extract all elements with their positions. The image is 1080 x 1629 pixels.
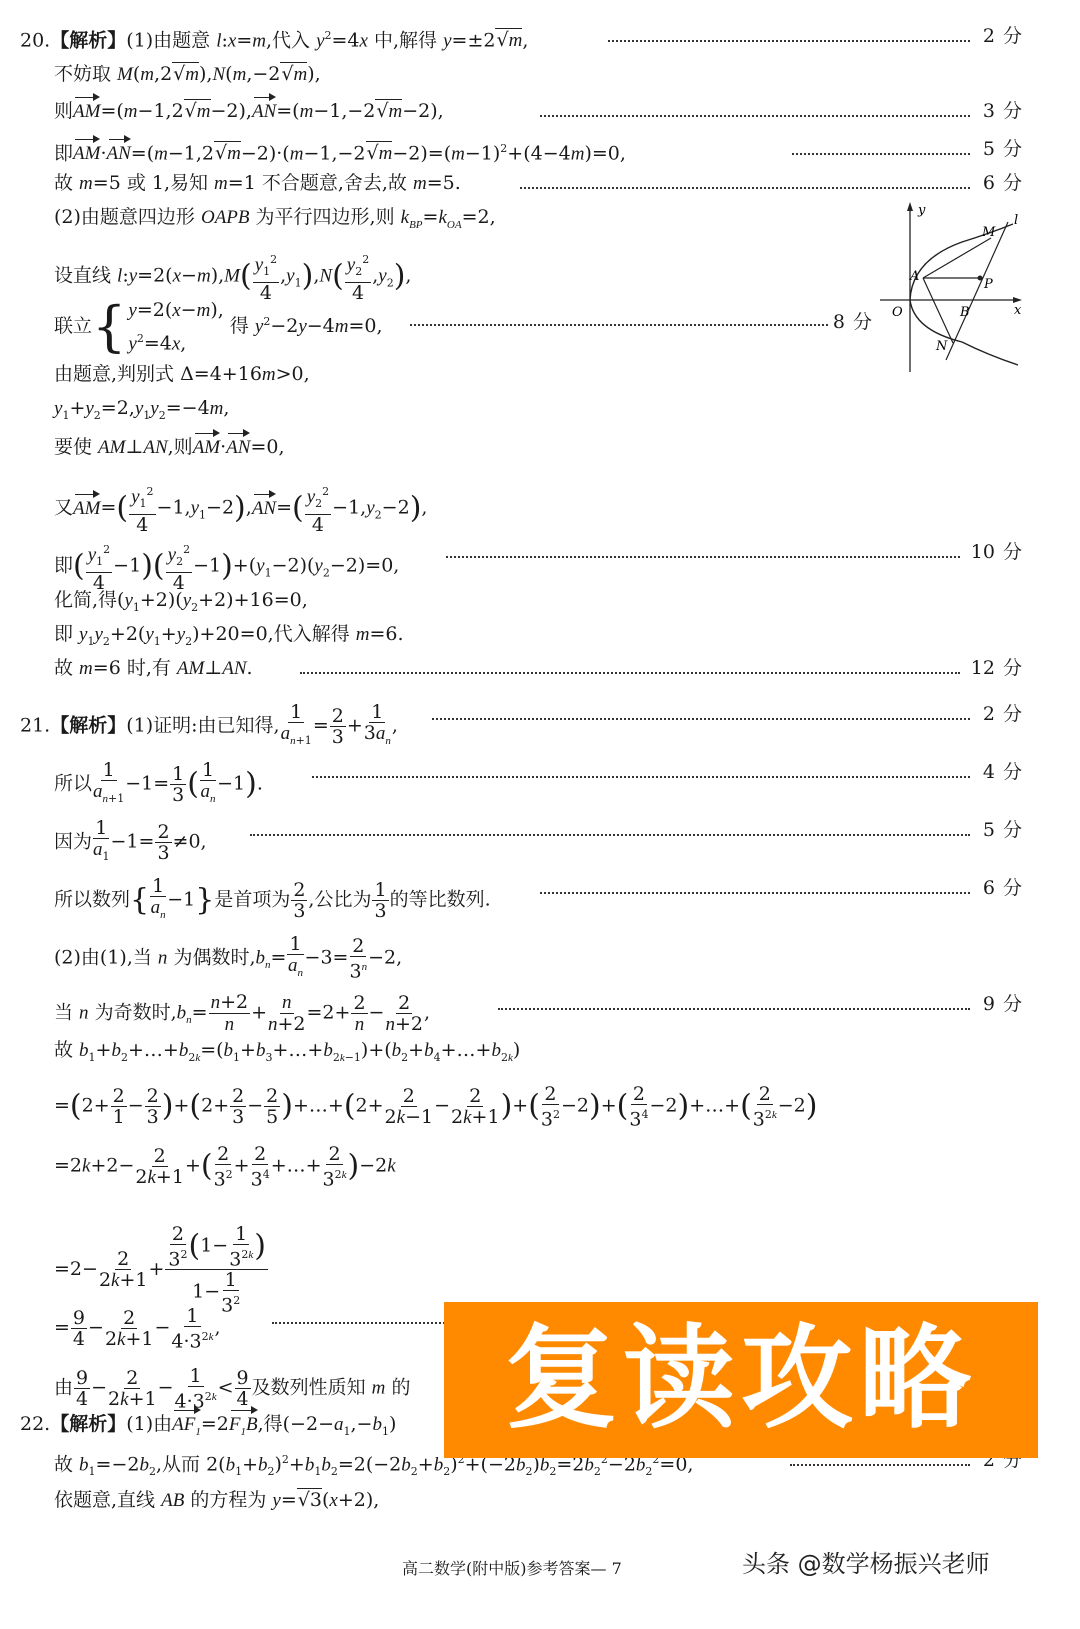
q20-line-6: (2)由题意四边形 OAPB 为平行四边形,则 kBP=kOA=2,: [54, 205, 496, 237]
score-mark: 6分: [983, 171, 1022, 195]
dotted-leader: [250, 834, 970, 836]
q21-line-5: (2)由(1),当 n 为偶数时,bn=1an−3=23n−2,: [54, 934, 402, 983]
q20-line-1: 20.【解析】(1)由题意 l:x=m,代入 y2=4x 中,解得 y=±2√m…: [20, 24, 528, 53]
dotted-leader: [300, 672, 960, 674]
q21-line-7: 故 b1+b2+…+b2k=(b1+b3+…+b2k−1)+(b2+b4+…+b…: [54, 1038, 520, 1070]
q21-line-6: 当 n 为奇数时,bn=n+2n+nn+2=2+2n−2n+2,: [54, 992, 430, 1035]
q22-line-3: 依题意,直线 AB 的方程为 y=√3(x+2),: [54, 1488, 379, 1513]
q20-line-14: 化简,得(y1+2)(y2+2)+16=0,: [54, 588, 308, 620]
score-mark: 6分: [983, 876, 1022, 900]
svg-text:x: x: [1014, 303, 1022, 318]
q22-line-1: 22.【解析】(1)由AF1=2F1B,得(−2−a1,−b1): [20, 1412, 396, 1444]
svg-text:A: A: [909, 269, 919, 284]
dotted-leader: [432, 718, 970, 720]
dotted-leader: [446, 556, 960, 558]
score-mark: 5分: [983, 818, 1022, 842]
score-mark: 12分: [971, 656, 1022, 680]
q20-line-5: 故 m=5 或 1,易知 m=1 不合题意,舍去,故 m=5.: [54, 171, 461, 196]
score-mark: 5分: [983, 137, 1022, 161]
author-watermark: 头条 @数学杨振兴老师: [742, 1544, 990, 1579]
score-mark: 4分: [983, 760, 1022, 784]
score-mark: 10分: [971, 540, 1022, 564]
score-mark: 3分: [983, 99, 1022, 123]
q21-line-11: =94−22k+1−14·32k,: [54, 1306, 221, 1351]
parabola-figure: y x O A B P M N l: [878, 200, 1028, 375]
q21-line-2: 所以1an+1−1=13(1an−1).: [54, 760, 263, 809]
question-number: 20.: [20, 29, 50, 51]
q20-line-9: 由题意,判别式 Δ=4+16m>0,: [54, 362, 310, 387]
q21-line-12: 由94−22k+1−14·32k<94及数列性质知 m 的: [54, 1366, 410, 1411]
q20-line-8: 联立{y=2(x−m),y2=4x, 得 y2−2y−4m=0,: [54, 296, 383, 358]
svg-text:B: B: [959, 305, 970, 320]
q20-line-10: y1+y2=2,y1y2=−4m,: [54, 396, 229, 428]
q20-line-16: 故 m=6 时,有 AM⊥AN.: [54, 656, 253, 681]
dotted-leader: [540, 892, 970, 894]
svg-text:N: N: [935, 339, 948, 354]
q20-line-13: 即(y124−1)(y224−1)+(y1−2)(y2−2)=0,: [54, 540, 399, 593]
score-mark: 2分: [983, 24, 1022, 48]
score-mark: 2分: [983, 702, 1022, 726]
dotted-leader: [410, 324, 828, 326]
dotted-leader: [792, 153, 970, 155]
q20-line-12: 又AM=(y124−1,y1−2),AN=(y224−1,y2−2),: [54, 482, 427, 535]
q21-line-1: 21.【解析】(1)证明:由已知得,1an+1=23+13an,: [20, 702, 398, 751]
q21-line-9: =2k+2−22k+1+(232+234+…+232k)−2k: [54, 1144, 396, 1189]
svg-text:l: l: [1014, 213, 1018, 228]
figure-label-y: y: [917, 203, 926, 218]
q20-line-11: 要使 AM⊥AN,则AM·AN=0,: [54, 435, 285, 460]
q20-line-3: 则AM=(m−1,2√m−2),AN=(m−1,−2√m−2),: [54, 99, 444, 124]
dotted-leader: [608, 40, 970, 42]
dotted-leader: [790, 1464, 970, 1466]
svg-text:O: O: [892, 305, 903, 320]
dotted-leader: [272, 1322, 452, 1324]
svg-text:P: P: [983, 277, 993, 292]
svg-text:M: M: [981, 225, 996, 240]
analysis-tag: 【解析】: [50, 1413, 126, 1435]
promo-banner: 复读攻略: [444, 1302, 1038, 1458]
banner-text: 复读攻略: [444, 1314, 1038, 1444]
score-mark: 9分: [983, 992, 1022, 1016]
q20-line-15: 即 y1y2+2(y1+y2)+20=0,代入解得 m=6.: [54, 622, 404, 654]
dotted-leader: [540, 115, 970, 117]
dotted-leader: [498, 1008, 970, 1010]
q21-line-3: 因为1a1−1=23≠0,: [54, 818, 207, 867]
q21-line-8: =(2+21−23)+(2+23−25)+…+(2+22k−1−22k+1)+(…: [54, 1084, 818, 1129]
analysis-tag: 【解析】: [50, 714, 126, 736]
analysis-tag: 【解析】: [50, 29, 126, 51]
dotted-leader: [312, 776, 970, 778]
q21-line-4: 所以数列{1an−1}是首项为23,公比为13的等比数列.: [54, 876, 491, 925]
q20-line-2: 不妨取 M(m,2√m),N(m,−2√m),: [54, 62, 321, 87]
score-mark: 8分: [833, 310, 872, 334]
q21-line-10: =2−22k+1+232(1−132k)1−132: [54, 1224, 269, 1316]
dotted-leader: [520, 187, 970, 189]
page-footer: 高二数学(附中版)参考答案— 7: [402, 1556, 622, 1579]
q20-line-4: 即AM·AN=(m−1,2√m−2)·(m−1,−2√m−2)=(m−1)2+(…: [54, 137, 626, 166]
